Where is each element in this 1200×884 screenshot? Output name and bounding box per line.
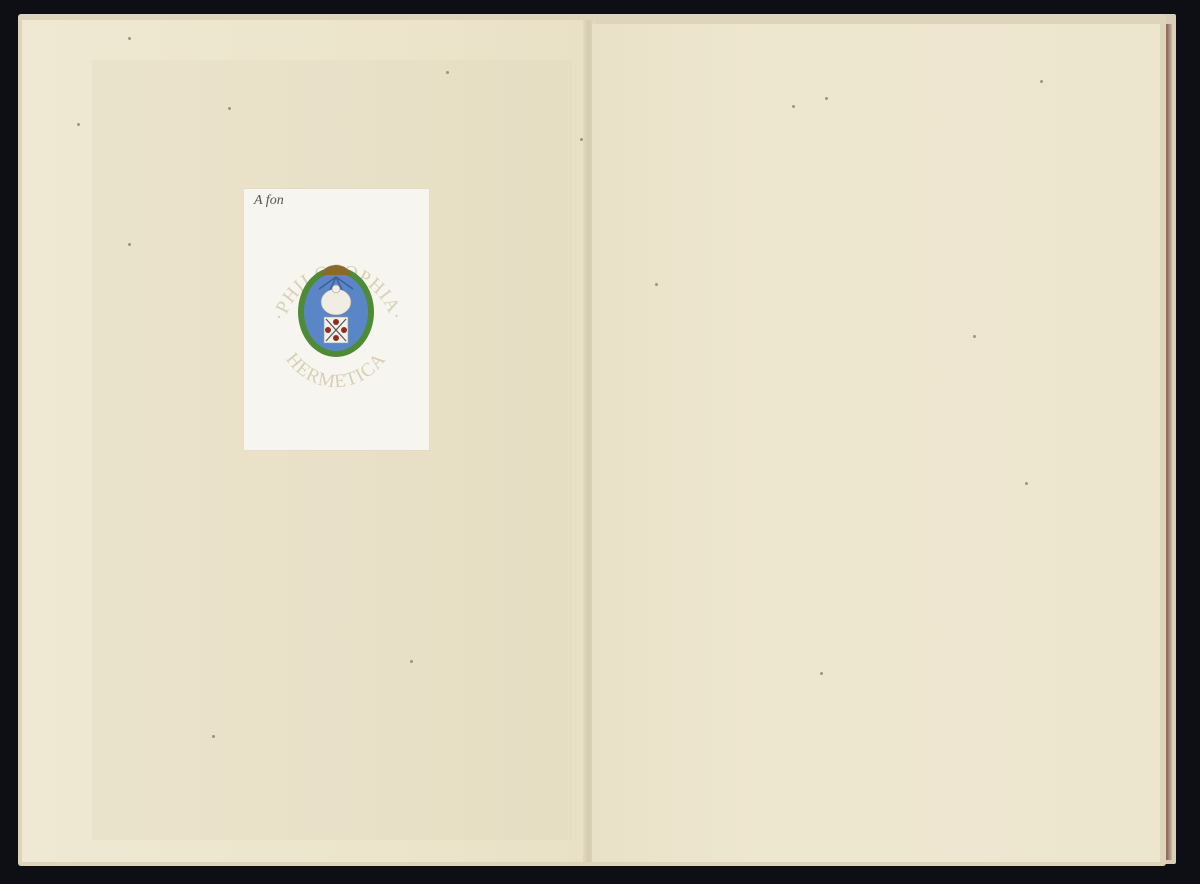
paper-speck bbox=[580, 138, 583, 141]
paper-speck bbox=[655, 283, 658, 286]
paper-speck bbox=[1040, 80, 1043, 83]
paper-speck bbox=[820, 672, 823, 675]
paper-speck bbox=[973, 335, 976, 338]
paper-speck bbox=[128, 243, 131, 246]
paper-speck bbox=[792, 105, 795, 108]
paper-speck bbox=[212, 735, 215, 738]
pelican-on-cross-shield-icon: ·PHILOSOPHIA· HERMETICA bbox=[244, 189, 429, 450]
paper-speck bbox=[410, 660, 413, 663]
bookplate: A fon ·PHILOSOPHIA· HERMETICA bbox=[244, 189, 429, 450]
paper-speck bbox=[1025, 482, 1028, 485]
left-page-shading bbox=[92, 60, 572, 840]
paper-speck bbox=[825, 97, 828, 100]
paper-speck bbox=[77, 123, 80, 126]
paper-speck bbox=[446, 71, 449, 74]
right-page bbox=[592, 24, 1160, 862]
paper-speck bbox=[228, 107, 231, 110]
paper-speck bbox=[128, 37, 131, 40]
